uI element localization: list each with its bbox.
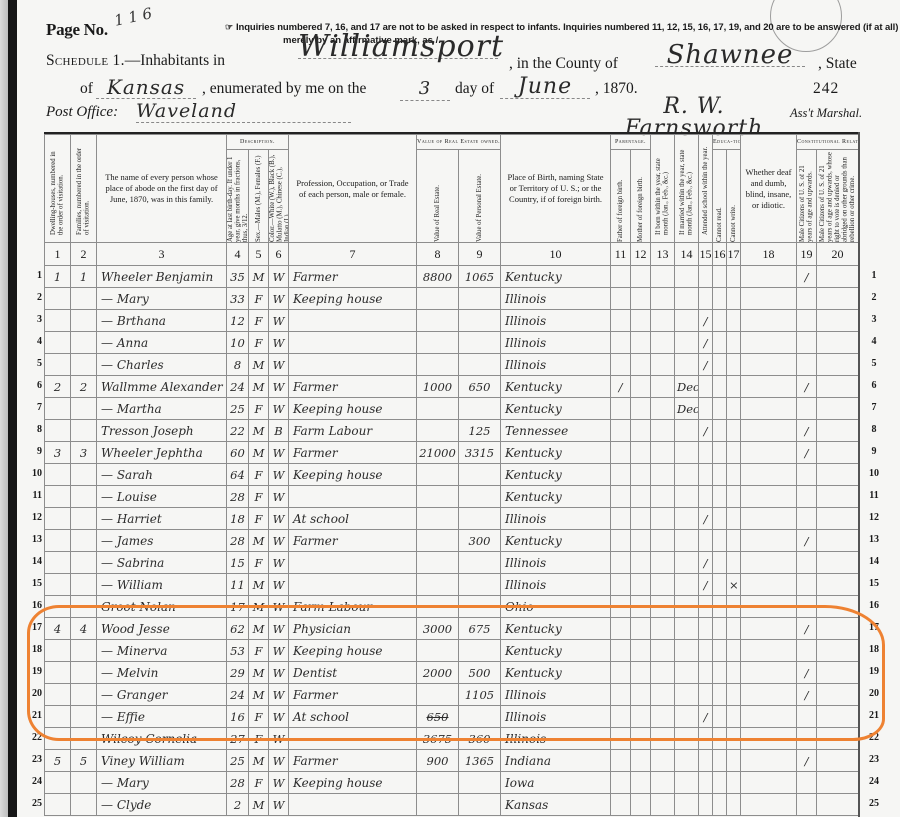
line-number-left: 15 (22, 578, 42, 589)
person-name: — Melvin (97, 662, 227, 684)
family-number (71, 288, 97, 310)
disability-cell (741, 706, 797, 728)
personal-estate-cell: 360 (459, 728, 501, 750)
color-cell: W (269, 310, 289, 332)
vote-denied-cell (817, 596, 859, 618)
column-header-row: Dwelling-houses, numbered in the order o… (45, 135, 859, 150)
cannot-read-cell (713, 332, 727, 354)
born-in-year-cell (651, 596, 675, 618)
mother-foreign-cell (631, 618, 651, 640)
color-cell: W (269, 794, 289, 816)
disability-cell (741, 618, 797, 640)
attended-school-cell (699, 794, 713, 816)
married-in-year-cell (675, 772, 699, 794)
birthplace-cell: Kentucky (501, 662, 611, 684)
line-number-right: 9 (862, 446, 886, 457)
age-cell: 53 (227, 640, 249, 662)
person-name: — James (97, 530, 227, 552)
cannot-write-cell: × (727, 574, 741, 596)
mother-foreign-cell (631, 376, 651, 398)
age-cell: 28 (227, 530, 249, 552)
mother-foreign-cell (631, 662, 651, 684)
column-number-15: 15 (699, 243, 713, 266)
cannot-write-cell (727, 530, 741, 552)
male-citizen-cell (797, 310, 817, 332)
person-name: — William (97, 574, 227, 596)
mother-foreign-cell (631, 684, 651, 706)
personal-estate-cell (459, 332, 501, 354)
sex-cell: F (249, 552, 269, 574)
family-number: 4 (71, 618, 97, 640)
line-number-left: 9 (22, 446, 42, 457)
disability-cell (741, 794, 797, 816)
family-number (71, 310, 97, 332)
cannot-write-cell (727, 640, 741, 662)
real-estate-cell: 2000 (417, 662, 459, 684)
father-foreign-cell (611, 266, 631, 288)
birthplace-cell: Kentucky (501, 486, 611, 508)
dwelling-number (45, 794, 71, 816)
married-in-year-cell: Dec (675, 376, 699, 398)
census-body: 11Wheeler Benjamin35MWFarmer88001065Kent… (45, 266, 859, 816)
disability-cell (741, 640, 797, 662)
occupation-cell: Physician (289, 618, 417, 640)
age-cell: 25 (227, 750, 249, 772)
disability-cell (741, 310, 797, 332)
column-number-20: 20 (817, 243, 859, 266)
column-number-16: 16 (713, 243, 727, 266)
real-estate-cell (417, 354, 459, 376)
cannot-write-cell (727, 354, 741, 376)
attended-school-cell (699, 442, 713, 464)
vote-denied-cell (817, 266, 859, 288)
table-row: 33Wheeler Jephtha60MWFarmer210003315Kent… (45, 442, 859, 464)
post-office-field: Waveland (136, 100, 351, 123)
age-cell: 22 (227, 420, 249, 442)
born-in-year-cell (651, 728, 675, 750)
father-foreign-cell (611, 486, 631, 508)
father-foreign-cell (611, 728, 631, 750)
age-cell: 15 (227, 552, 249, 574)
table-row: — Brthana12FWIllinois/ (45, 310, 859, 332)
line-number-right: 14 (862, 556, 886, 567)
description-group-header: Description. (227, 135, 289, 150)
dwelling-number: 3 (45, 442, 71, 464)
dwelling-number (45, 464, 71, 486)
table-row: — Louise28FWKentucky (45, 486, 859, 508)
column-number-12: 12 (631, 243, 651, 266)
disability-cell (741, 750, 797, 772)
person-name: — Sarah (97, 464, 227, 486)
line-number-right: 18 (862, 644, 886, 655)
table-row: 55Viney William25MWFarmer9001365Indiana/ (45, 750, 859, 772)
age-cell: 17 (227, 596, 249, 618)
family-number (71, 332, 97, 354)
family-number (71, 420, 97, 442)
sex-cell: M (249, 684, 269, 706)
family-number (71, 662, 97, 684)
color-cell: W (269, 596, 289, 618)
family-number (71, 684, 97, 706)
color-cell: W (269, 442, 289, 464)
attended-school-cell: / (699, 332, 713, 354)
line-number-right: 7 (862, 402, 886, 413)
born-in-year-cell (651, 530, 675, 552)
table-row: — Martha25FWKeeping houseKentuckyDec (45, 398, 859, 420)
family-number (71, 398, 97, 420)
real-estate-cell: 900 (417, 750, 459, 772)
census-table: Dwelling-houses, numbered in the order o… (44, 134, 859, 816)
line-number-right: 22 (862, 732, 886, 743)
attended-school-cell (699, 464, 713, 486)
personal-estate-cell (459, 706, 501, 728)
schedule-label: Schedule 1. (46, 52, 125, 69)
father-foreign-cell (611, 574, 631, 596)
vote-denied-cell (817, 486, 859, 508)
vote-denied-cell (817, 376, 859, 398)
dwelling-number (45, 640, 71, 662)
column-number-9: 9 (459, 243, 501, 266)
birthplace-cell: Kentucky (501, 442, 611, 464)
table-row: 11Wheeler Benjamin35MWFarmer88001065Kent… (45, 266, 859, 288)
dwelling-number: 2 (45, 376, 71, 398)
mother-foreign-cell (631, 332, 651, 354)
county-label: , in the County of (509, 55, 618, 73)
married-in-year-cell (675, 310, 699, 332)
county-field: Shawnee (655, 44, 805, 67)
color-cell: W (269, 772, 289, 794)
father-foreign-cell (611, 310, 631, 332)
line-number-left: 21 (22, 710, 42, 721)
age-cell: 62 (227, 618, 249, 640)
real-estate-cell: 8800 (417, 266, 459, 288)
married-in-year-cell (675, 640, 699, 662)
age-cell: 24 (227, 376, 249, 398)
male-citizen-cell: / (797, 442, 817, 464)
vote-denied-cell (817, 442, 859, 464)
born-in-year-cell (651, 464, 675, 486)
vote-denied-cell (817, 684, 859, 706)
person-name: — Harriet (97, 508, 227, 530)
personal-estate-cell: 1365 (459, 750, 501, 772)
cannot-write-cell (727, 662, 741, 684)
line-number-right: 3 (862, 314, 886, 325)
attended-school-cell: / (699, 354, 713, 376)
line-number-left: 24 (22, 776, 42, 787)
birthplace-cell: Kentucky (501, 464, 611, 486)
real-estate-cell (417, 310, 459, 332)
age-cell: 28 (227, 772, 249, 794)
col17-header: Cannot write. (727, 150, 741, 243)
family-number: 1 (71, 266, 97, 288)
sex-cell: F (249, 772, 269, 794)
education-group-header: Educa-tion. (713, 135, 741, 150)
male-citizen-cell (797, 772, 817, 794)
vote-denied-cell (817, 354, 859, 376)
age-cell: 33 (227, 288, 249, 310)
person-name: Wood Jesse (97, 618, 227, 640)
occupation-cell: Keeping house (289, 464, 417, 486)
month-field: June (500, 76, 590, 99)
age-cell: 35 (227, 266, 249, 288)
personal-estate-cell: 125 (459, 420, 501, 442)
personal-estate-cell (459, 508, 501, 530)
male-citizen-cell (797, 596, 817, 618)
line-number-left: 8 (22, 424, 42, 435)
occupation-cell: Keeping house (289, 288, 417, 310)
personal-estate-cell (459, 354, 501, 376)
real-estate-cell: 650 (417, 706, 459, 728)
birthplace-cell: Kentucky (501, 266, 611, 288)
cannot-read-cell (713, 772, 727, 794)
dwelling-number (45, 310, 71, 332)
married-in-year-cell (675, 266, 699, 288)
color-cell: W (269, 684, 289, 706)
person-name: Groot Nolan (97, 596, 227, 618)
cannot-write-cell (727, 508, 741, 530)
vote-denied-cell (817, 464, 859, 486)
line-number-left: 20 (22, 688, 42, 699)
cannot-read-cell (713, 464, 727, 486)
real-estate-cell: 1000 (417, 376, 459, 398)
born-in-year-cell (651, 376, 675, 398)
column-number-6: 6 (269, 243, 289, 266)
line-number-right: 21 (862, 710, 886, 721)
line-number-left: 16 (22, 600, 42, 611)
sex-cell: F (249, 464, 269, 486)
line-number-right: 13 (862, 534, 886, 545)
cannot-read-cell (713, 530, 727, 552)
cannot-write-cell (727, 464, 741, 486)
cannot-write-cell (727, 288, 741, 310)
age-cell: 60 (227, 442, 249, 464)
table-row: Wilcoy Cornelia27FW3675360Illinois (45, 728, 859, 750)
color-cell: W (269, 376, 289, 398)
married-in-year-cell (675, 662, 699, 684)
birthplace-cell: Illinois (501, 552, 611, 574)
line-number-right: 16 (862, 600, 886, 611)
age-cell: 64 (227, 464, 249, 486)
table-row: — Minerva53FWKeeping houseKentucky (45, 640, 859, 662)
person-name: — Effie (97, 706, 227, 728)
occupation-cell: Farmer (289, 684, 417, 706)
column-number-5: 5 (249, 243, 269, 266)
dwelling-number (45, 332, 71, 354)
birthplace-cell: Indiana (501, 750, 611, 772)
married-in-year-cell (675, 706, 699, 728)
real-estate-cell (417, 508, 459, 530)
table-row: Tresson Joseph22MBFarm Labour125Tennesse… (45, 420, 859, 442)
occupation-cell (289, 728, 417, 750)
birthplace-cell: Kansas (501, 794, 611, 816)
male-citizen-cell: / (797, 420, 817, 442)
father-foreign-cell (611, 398, 631, 420)
line-number-right: 12 (862, 512, 886, 523)
table-row: — Charles8MWIllinois/ (45, 354, 859, 376)
real-estate-cell (417, 794, 459, 816)
cannot-write-cell (727, 596, 741, 618)
occupation-cell: Farmer (289, 376, 417, 398)
birthplace-cell: Kentucky (501, 398, 611, 420)
cannot-write-cell (727, 442, 741, 464)
personal-estate-cell (459, 486, 501, 508)
table-row: 44Wood Jesse62MWPhysician3000675Kentucky… (45, 618, 859, 640)
sex-cell: F (249, 640, 269, 662)
column-number-14: 14 (675, 243, 699, 266)
attended-school-cell: / (699, 508, 713, 530)
col16-header: Cannot read. (713, 150, 727, 243)
age-cell: 18 (227, 508, 249, 530)
married-in-year-cell (675, 684, 699, 706)
line-number-right: 19 (862, 666, 886, 677)
male-citizen-cell (797, 398, 817, 420)
col6-header: Color.—White (W.), Black (B.), Mulatto (… (269, 150, 289, 243)
real-estate-cell (417, 420, 459, 442)
column-number-11: 11 (611, 243, 631, 266)
column-number-8: 8 (417, 243, 459, 266)
line-number-right: 4 (862, 336, 886, 347)
birthplace-cell: Kentucky (501, 640, 611, 662)
real-estate-cell (417, 332, 459, 354)
color-cell: W (269, 464, 289, 486)
cannot-read-cell (713, 288, 727, 310)
real-estate-cell (417, 288, 459, 310)
sex-cell: M (249, 750, 269, 772)
father-foreign-cell (611, 420, 631, 442)
real-estate-cell (417, 552, 459, 574)
male-citizen-cell (797, 552, 817, 574)
vote-denied-cell (817, 332, 859, 354)
cannot-read-cell (713, 618, 727, 640)
color-cell: W (269, 728, 289, 750)
personal-estate-cell (459, 288, 501, 310)
line-number-right: 23 (862, 754, 886, 765)
born-in-year-cell (651, 706, 675, 728)
born-in-year-cell (651, 662, 675, 684)
line-number-left: 1 (22, 270, 42, 281)
family-number: 2 (71, 376, 97, 398)
age-cell: 28 (227, 486, 249, 508)
line-number-right: 10 (862, 468, 886, 479)
disability-cell (741, 266, 797, 288)
age-cell: 10 (227, 332, 249, 354)
personal-estate-cell: 300 (459, 530, 501, 552)
cannot-write-cell (727, 398, 741, 420)
attended-school-cell (699, 530, 713, 552)
occupation-cell: Farmer (289, 266, 417, 288)
mother-foreign-cell (631, 420, 651, 442)
table-row: — Anna10FWIllinois/ (45, 332, 859, 354)
line-number-left: 12 (22, 512, 42, 523)
born-in-year-cell (651, 750, 675, 772)
table-row: Groot Nolan17MWFarm LabourOhio (45, 596, 859, 618)
mother-foreign-cell (631, 706, 651, 728)
cannot-write-cell (727, 420, 741, 442)
dwelling-number (45, 662, 71, 684)
born-in-year-cell (651, 794, 675, 816)
enumerated-label: , enumerated by me on the (202, 80, 366, 98)
col18-header: Whether deaf and dumb, blind, insane, or… (741, 135, 797, 243)
sex-cell: F (249, 508, 269, 530)
born-in-year-cell (651, 486, 675, 508)
dwelling-number (45, 684, 71, 706)
column-number-2: 2 (71, 243, 97, 266)
post-office-label: Post Office: (46, 104, 118, 121)
column-number-18: 18 (741, 243, 797, 266)
family-number (71, 486, 97, 508)
cannot-read-cell (713, 442, 727, 464)
birthplace-cell: Iowa (501, 772, 611, 794)
age-cell: 24 (227, 684, 249, 706)
sex-cell: M (249, 596, 269, 618)
line-number-left: 25 (22, 798, 42, 809)
sex-cell: F (249, 310, 269, 332)
sex-cell: M (249, 794, 269, 816)
male-citizen-cell (797, 794, 817, 816)
age-cell: 29 (227, 662, 249, 684)
male-citizen-cell: / (797, 376, 817, 398)
real-estate-cell: 3000 (417, 618, 459, 640)
color-cell: W (269, 354, 289, 376)
married-in-year-cell: Dec (675, 398, 699, 420)
male-citizen-cell (797, 508, 817, 530)
mother-foreign-cell (631, 574, 651, 596)
male-citizen-cell (797, 332, 817, 354)
cannot-read-cell (713, 794, 727, 816)
age-cell: 16 (227, 706, 249, 728)
family-number: 5 (71, 750, 97, 772)
age-cell: 8 (227, 354, 249, 376)
mother-foreign-cell (631, 596, 651, 618)
vote-denied-cell (817, 772, 859, 794)
cannot-write-cell (727, 684, 741, 706)
disability-cell (741, 508, 797, 530)
table-row: 22Wallmme Alexander24MWFarmer1000650Kent… (45, 376, 859, 398)
column-number-1: 1 (45, 243, 71, 266)
sex-cell: M (249, 442, 269, 464)
line-number-right: 5 (862, 358, 886, 369)
table-row: — Granger24MWFarmer1105Illinois/ (45, 684, 859, 706)
dwelling-number (45, 552, 71, 574)
disability-cell (741, 420, 797, 442)
father-foreign-cell: / (611, 376, 631, 398)
occupation-cell: Keeping house (289, 772, 417, 794)
male-citizen-cell: / (797, 684, 817, 706)
dwelling-number (45, 288, 71, 310)
column-number-3: 3 (97, 243, 227, 266)
person-name: — Anna (97, 332, 227, 354)
column-number-7: 7 (289, 243, 417, 266)
disability-cell (741, 332, 797, 354)
disability-cell (741, 530, 797, 552)
day-field: 3 (400, 78, 450, 101)
mother-foreign-cell (631, 288, 651, 310)
dwelling-number (45, 596, 71, 618)
vote-denied-cell (817, 794, 859, 816)
father-foreign-cell (611, 618, 631, 640)
page-no-value: 1 1 6 (113, 4, 154, 30)
born-in-year-cell (651, 508, 675, 530)
color-cell: W (269, 750, 289, 772)
born-in-year-cell (651, 398, 675, 420)
father-foreign-cell (611, 508, 631, 530)
table-row: — Effie16FWAt school650Illinois/ (45, 706, 859, 728)
mother-foreign-cell (631, 464, 651, 486)
vote-denied-cell (817, 728, 859, 750)
occupation-cell (289, 332, 417, 354)
person-name: Wheeler Jephtha (97, 442, 227, 464)
table-row: — Sabrina15FWIllinois/ (45, 552, 859, 574)
